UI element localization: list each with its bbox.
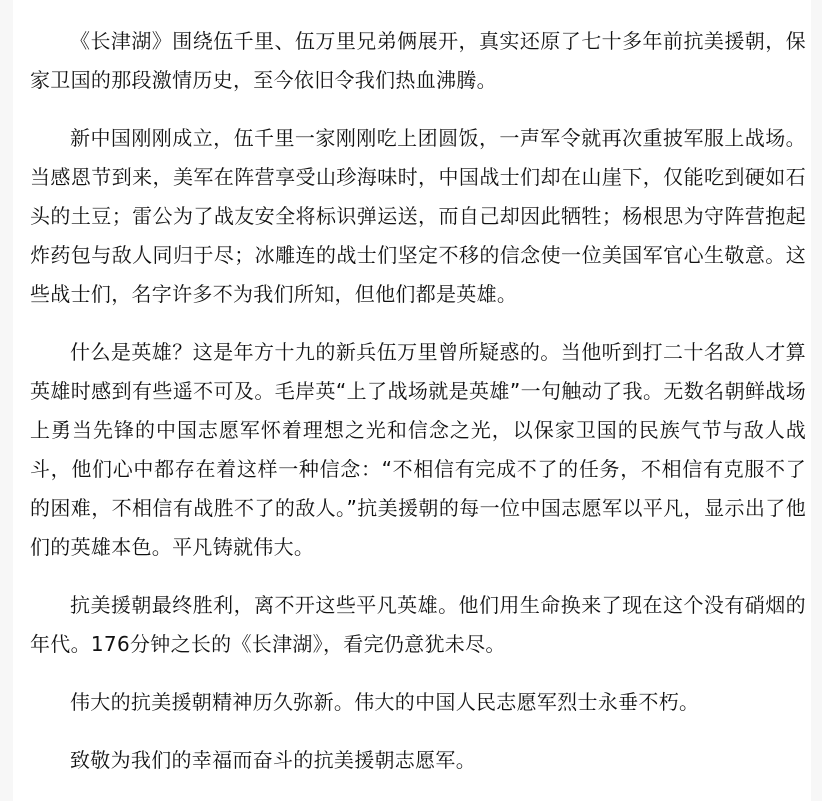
paragraph-victory: 抗美援朝最终胜利，离不开这些平凡英雄。他们用生命换来了现在这个没有硝烟的年代。1… xyxy=(30,586,806,664)
paragraph-story: 新中国刚刚成立，伍千里一家刚刚吃上团圆饭，一声军令就再次重披军服上战场。当感恩节… xyxy=(30,119,806,314)
article-body: 《长津湖》围绕伍千里、伍万里兄弟俩展开，真实还原了七十多年前抗美援朝，保家卫国的… xyxy=(30,22,806,799)
article-page: 《长津湖》围绕伍千里、伍万里兄弟俩展开，真实还原了七十多年前抗美援朝，保家卫国的… xyxy=(13,0,811,801)
paragraph-hero: 什么是英雄？这是年方十九的新兵伍万里曾所疑惑的。当他听到打二十名敌人才算英雄时感… xyxy=(30,333,806,567)
paragraph-salute: 致敬为我们的幸福而奋斗的抗美援朝志愿军。 xyxy=(30,741,806,780)
paragraph-tribute: 伟大的抗美援朝精神历久弥新。伟大的中国人民志愿军烈士永垂不朽。 xyxy=(30,683,806,722)
paragraph-intro: 《长津湖》围绕伍千里、伍万里兄弟俩展开，真实还原了七十多年前抗美援朝，保家卫国的… xyxy=(30,22,806,100)
